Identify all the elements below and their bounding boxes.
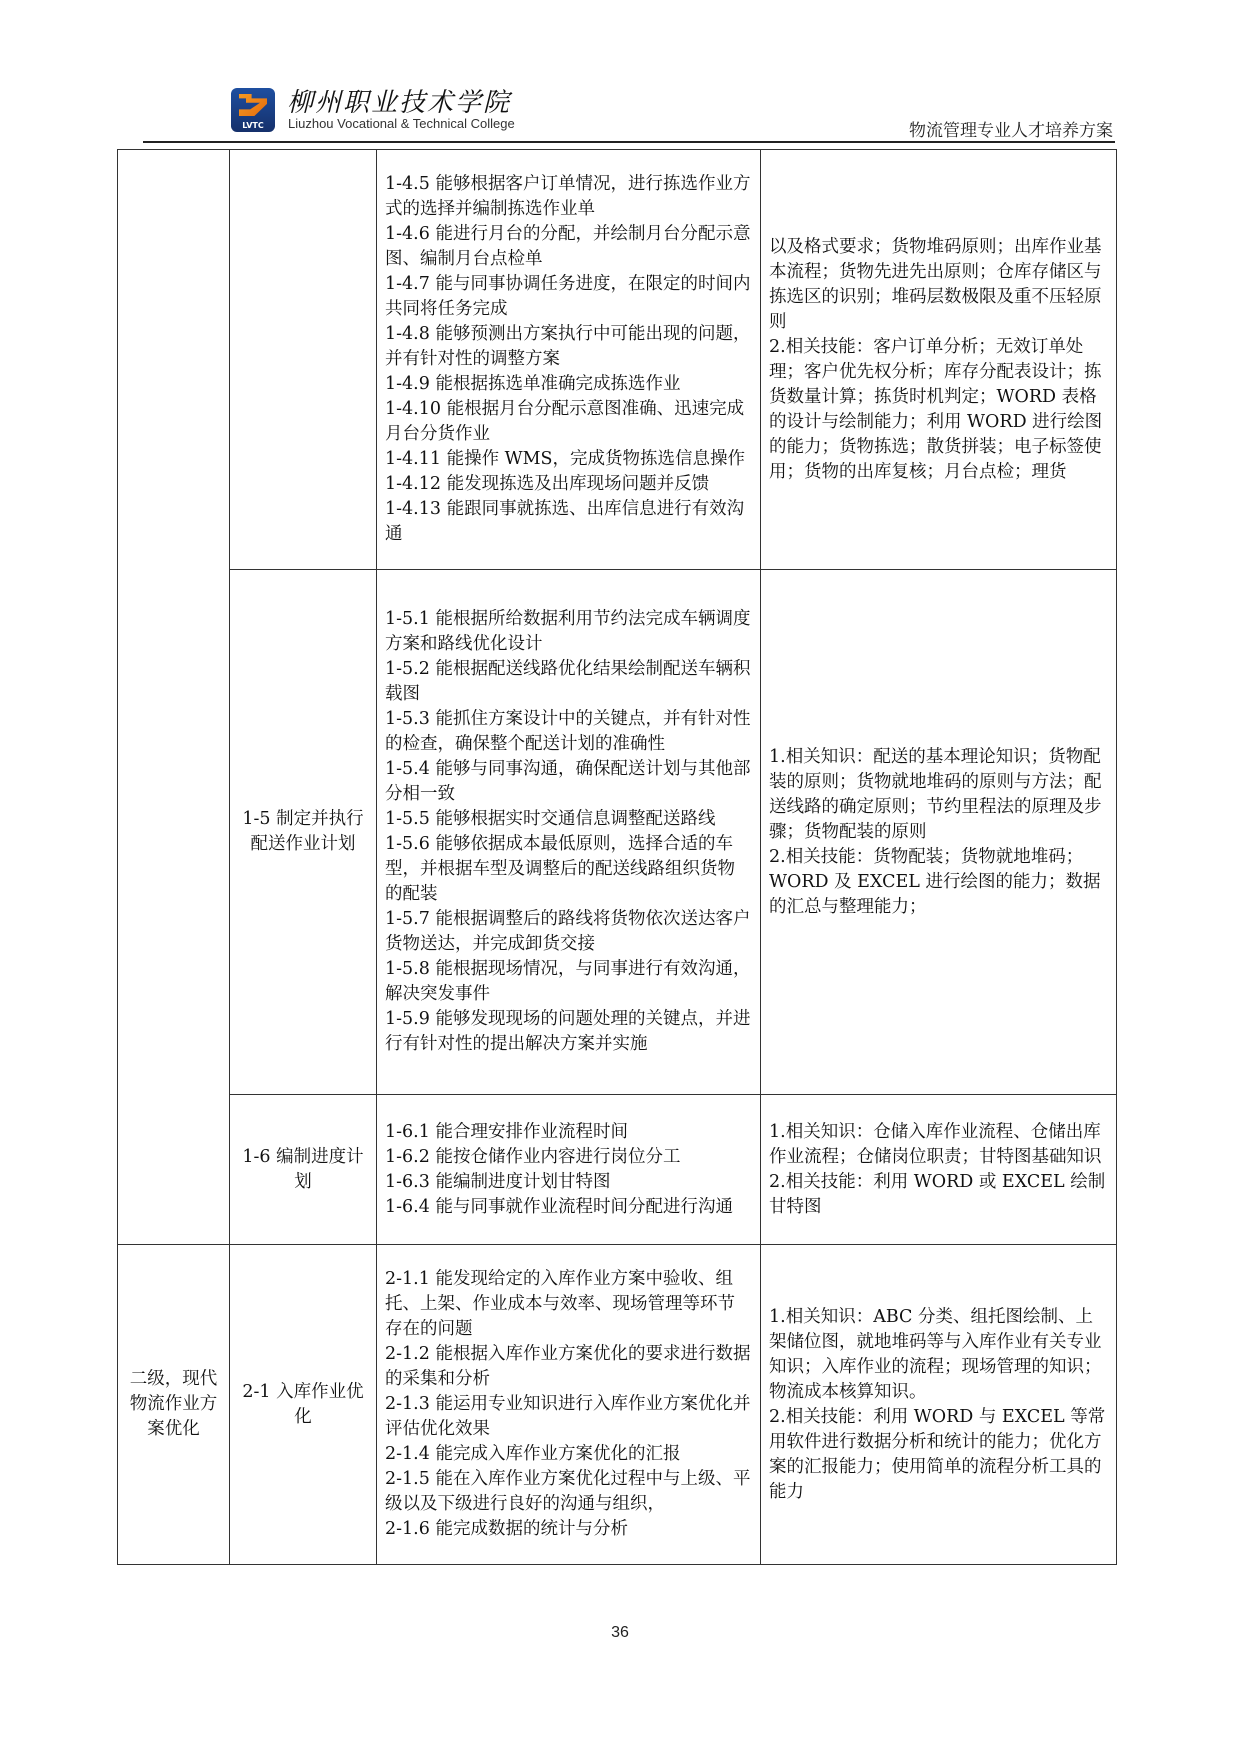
ability-item: 1-6.4 能与同事就作业流程时间分配进行沟通	[385, 1195, 752, 1220]
logo-abbr: LVTC	[231, 121, 275, 130]
competency-table: 1-4.5 能够根据客户订单情况，进行拣选作业方式的选择并编制拣选作业单 1-4…	[117, 149, 1117, 1565]
ability-item: 1-6.2 能按仓储作业内容进行岗位分工	[385, 1145, 752, 1170]
ability-item: 1-5.8 能根据现场情况，与同事进行有效沟通，解决突发事件	[385, 957, 752, 1007]
task-cell: 2-1 入库作业优化	[230, 1245, 377, 1565]
ability-item: 1-5.7 能根据调整后的路线将货物依次送达客户货物送达，并完成卸货交接	[385, 907, 752, 957]
ability-item: 1-5.1 能根据所给数据利用节约法完成车辆调度方案和路线优化设计	[385, 607, 752, 657]
ability-item: 2-1.1 能发现给定的入库作业方案中验收、组托、上架、作业成本与效率、现场管理…	[385, 1267, 752, 1342]
knowledge-cell: 以及格式要求；货物堆码原则；出库作业基本流程；货物先进先出原则；仓库存储区与拣选…	[761, 150, 1117, 570]
page-header: LVTC 柳州职业技术学院 Liuzhou Vocational & Techn…	[143, 82, 1113, 140]
ability-item: 2-1.6 能完成数据的统计与分析	[385, 1517, 752, 1542]
ability-item: 1-5.9 能够发现现场的问题处理的关键点，并进行有针对性的提出解决方案并实施	[385, 1007, 752, 1057]
table-row: 1-6 编制进度计划 1-6.1 能合理安排作业流程时间 1-6.2 能按仓储作…	[118, 1095, 1117, 1245]
ability-item: 1-5.5 能够根据实时交通信息调整配送路线	[385, 807, 752, 832]
document-title: 物流管理专业人才培养方案	[909, 116, 1113, 141]
level-cell	[118, 150, 230, 1245]
ability-item: 1-5.3 能抓住方案设计中的关键点，并有针对性的检查，确保整个配送计划的准确性	[385, 707, 752, 757]
ability-item: 1-4.12 能发现拣选及出库现场问题并反馈	[385, 472, 752, 497]
table-row: 1-5 制定并执行配送作业计划 1-5.1 能根据所给数据利用节约法完成车辆调度…	[118, 570, 1117, 1095]
abilities-cell: 1-4.5 能够根据客户订单情况，进行拣选作业方式的选择并编制拣选作业单 1-4…	[377, 150, 761, 570]
ability-item: 1-5.6 能够依据成本最低原则，选择合适的车型，并根据车型及调整后的配送线路组…	[385, 832, 752, 907]
ability-item: 1-5.2 能根据配送线路优化结果绘制配送车辆积载图	[385, 657, 752, 707]
level-cell: 二级，现代物流作业方案优化	[118, 1245, 230, 1565]
ability-item: 1-4.11 能操作 WMS，完成货物拣选信息操作	[385, 447, 752, 472]
header-divider	[143, 141, 1115, 143]
ability-item: 1-4.13 能跟同事就拣选、出库信息进行有效沟通	[385, 497, 752, 547]
ability-item: 1-4.6 能进行月台的分配，并绘制月台分配示意图、编制月台点检单	[385, 222, 752, 272]
college-logo-icon: LVTC	[231, 88, 275, 132]
abilities-cell: 2-1.1 能发现给定的入库作业方案中验收、组托、上架、作业成本与效率、现场管理…	[377, 1245, 761, 1565]
task-cell: 1-6 编制进度计划	[230, 1095, 377, 1245]
ability-item: 2-1.5 能在入库作业方案优化过程中与上级、平级以及下级进行良好的沟通与组织，	[385, 1467, 752, 1517]
ability-item: 1-4.10 能根据月台分配示意图准确、迅速完成月台分货作业	[385, 397, 752, 447]
task-cell: 1-5 制定并执行配送作业计划	[230, 570, 377, 1095]
abilities-cell: 1-6.1 能合理安排作业流程时间 1-6.2 能按仓储作业内容进行岗位分工 1…	[377, 1095, 761, 1245]
college-name-en: Liuzhou Vocational & Technical College	[288, 116, 515, 131]
ability-item: 1-4.7 能与同事协调任务进度，在限定的时间内共同将任务完成	[385, 272, 752, 322]
knowledge-cell: 1.相关知识：配送的基本理论知识；货物配装的原则；货物就地堆码的原则与方法；配送…	[761, 570, 1117, 1095]
ability-item: 1-4.8 能够预测出方案执行中可能出现的问题，并有针对性的调整方案	[385, 322, 752, 372]
logo-mark-icon	[239, 94, 267, 116]
knowledge-cell: 1.相关知识：ABC 分类、组托图绘制、上架储位图，就地堆码等与入库作业有关专业…	[761, 1245, 1117, 1565]
ability-item: 1-6.1 能合理安排作业流程时间	[385, 1120, 752, 1145]
ability-item: 1-4.9 能根据拣选单准确完成拣选作业	[385, 372, 752, 397]
ability-item: 1-5.4 能够与同事沟通，确保配送计划与其他部分相一致	[385, 757, 752, 807]
ability-item: 1-4.5 能够根据客户订单情况，进行拣选作业方式的选择并编制拣选作业单	[385, 172, 752, 222]
ability-item: 2-1.2 能根据入库作业方案优化的要求进行数据的采集和分析	[385, 1342, 752, 1392]
knowledge-cell: 1.相关知识：仓储入库作业流程、仓储出库作业流程；仓储岗位职责；甘特图基础知识 …	[761, 1095, 1117, 1245]
task-cell	[230, 150, 377, 570]
page-number: 36	[0, 1624, 1240, 1642]
table-row: 二级，现代物流作业方案优化 2-1 入库作业优化 2-1.1 能发现给定的入库作…	[118, 1245, 1117, 1565]
ability-item: 2-1.4 能完成入库作业方案优化的汇报	[385, 1442, 752, 1467]
college-name-cn: 柳州职业技术学院	[287, 82, 511, 119]
ability-item: 2-1.3 能运用专业知识进行入库作业方案优化并评估优化效果	[385, 1392, 752, 1442]
ability-item: 1-6.3 能编制进度计划甘特图	[385, 1170, 752, 1195]
abilities-cell: 1-5.1 能根据所给数据利用节约法完成车辆调度方案和路线优化设计 1-5.2 …	[377, 570, 761, 1095]
table-row: 1-4.5 能够根据客户订单情况，进行拣选作业方式的选择并编制拣选作业单 1-4…	[118, 150, 1117, 570]
